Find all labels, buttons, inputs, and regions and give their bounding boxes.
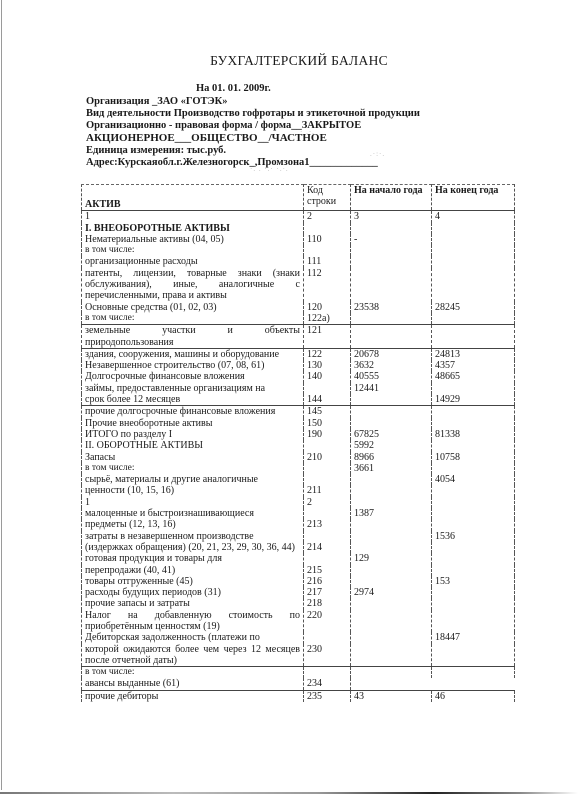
row-start-value — [351, 245, 432, 256]
row-start-value: 3661 — [351, 463, 432, 474]
table-row: прочие запасы и затраты218 — [82, 598, 515, 609]
colnum-1: 1 — [82, 211, 304, 223]
row-code: 230 — [304, 644, 351, 667]
column-number-row: 1 2 3 4 — [82, 211, 515, 223]
table-row: Прочие внеоборотные активы150 — [82, 418, 515, 429]
row-start-value — [351, 497, 432, 508]
row-end-value — [432, 553, 515, 564]
row-label: предметы (12, 13, 16) — [82, 519, 304, 530]
row-code — [304, 223, 351, 234]
row-label: 1 — [82, 497, 304, 508]
row-code: 110 — [304, 234, 351, 245]
row-code: 234 — [304, 678, 351, 690]
scan-noise: · .·. — [300, 128, 315, 136]
row-code: 210 — [304, 452, 351, 463]
row-label: прочие долгосрочные финансовые вложения — [82, 406, 304, 418]
legal-form-continued: АКЦИОНЕРНОЕ___ОБЩЕСТВО__/ЧАСТНОЕ — [86, 132, 327, 144]
row-code — [304, 531, 351, 542]
table-row: земельные участки и объекты природопольз… — [82, 325, 515, 349]
table-row: патенты, лицензии, товарные знаки (знаки… — [82, 268, 515, 302]
row-end-value: 153 — [432, 576, 515, 587]
row-label: прочие дебиторы — [82, 690, 304, 702]
row-code — [304, 632, 351, 643]
row-code: 112 — [304, 268, 351, 302]
row-start-value — [351, 394, 432, 406]
row-code: 144 — [304, 394, 351, 406]
address-line: Адрес:Курскаяобл.г.Железногорск_,Промзон… — [86, 157, 378, 169]
row-code — [304, 553, 351, 564]
table-row: Налог на добавленную стоимость по приобр… — [82, 610, 515, 633]
table-row: товары отгруженные (45)216153 — [82, 576, 515, 587]
row-start-value — [351, 223, 432, 234]
row-label: организационные расходы — [82, 256, 304, 267]
row-start-value — [351, 313, 432, 325]
row-start-value: 1387 — [351, 508, 432, 519]
row-start-value: 8966 — [351, 452, 432, 463]
row-label: сырьё, материалы и другие аналогичные — [82, 474, 304, 485]
row-start-value — [351, 268, 432, 302]
row-label: Прочие внеоборотные активы — [82, 418, 304, 429]
row-code: 211 — [304, 485, 351, 496]
table-row: предметы (12, 13, 16)213 — [82, 519, 515, 530]
row-code: 220 — [304, 610, 351, 633]
table-row: прочие дебиторы2354346 — [82, 690, 515, 702]
row-code — [304, 667, 351, 679]
row-label: срок более 12 месяцев — [82, 394, 304, 406]
table-row: малоценные и быстроизнашивающиеся1387 — [82, 508, 515, 519]
row-label: патенты, лицензии, товарные знаки (знаки… — [82, 268, 304, 302]
row-end-value: 4357 — [432, 360, 515, 371]
row-start-value — [351, 406, 432, 418]
row-end-value: 10758 — [432, 452, 515, 463]
row-start-value — [351, 667, 432, 679]
row-label: Запасы — [82, 452, 304, 463]
row-end-value: 28245 — [432, 302, 515, 313]
row-label: авансы выданные (61) — [82, 678, 304, 690]
row-end-value — [432, 508, 515, 519]
row-code: 214 — [304, 542, 351, 553]
row-code: 218 — [304, 598, 351, 609]
row-end-value — [432, 667, 515, 679]
header-end: На конец года — [432, 185, 515, 211]
row-end-value: 24813 — [432, 348, 515, 360]
colnum-2: 2 — [304, 211, 351, 223]
row-end-value — [432, 223, 515, 234]
row-start-value — [351, 256, 432, 267]
row-start-value: 67825 — [351, 429, 432, 440]
row-label: ценности (10, 15, 16) — [82, 485, 304, 496]
scan-edge — [0, 792, 578, 794]
row-start-value: 23538 — [351, 302, 432, 313]
row-label: ИТОГО по разделу I — [82, 429, 304, 440]
row-start-value — [351, 474, 432, 485]
row-code: 2 — [304, 497, 351, 508]
scan-noise: .·:·. — [370, 150, 385, 158]
row-label: затраты в незавершенном производстве — [82, 531, 304, 542]
table-row: в том числе:3661 — [82, 463, 515, 474]
row-code — [304, 463, 351, 474]
table-row: сырьё, материалы и другие аналогичные405… — [82, 474, 515, 485]
row-label: Долгосрочные финансовые вложения — [82, 371, 304, 382]
row-end-value: 4054 — [432, 474, 515, 485]
row-start-value — [351, 644, 432, 667]
row-end-value: 1536 — [432, 531, 515, 542]
row-end-value — [432, 644, 515, 667]
organization-line: Организация _ЗАО «ГОТЭК» — [86, 96, 227, 108]
table-row: затраты в незавершенном производстве1536 — [82, 531, 515, 542]
row-start-value: 129 — [351, 553, 432, 564]
row-code: 122а) — [304, 313, 351, 325]
row-code — [304, 245, 351, 256]
row-code — [304, 440, 351, 451]
table-row: Незавершенное строительство (07, 08, 61)… — [82, 360, 515, 371]
row-end-value — [432, 485, 515, 496]
row-label: II. ОБОРОТНЫЕ АКТИВЫ — [82, 440, 304, 451]
row-end-value — [432, 256, 515, 267]
table-row: прочие долгосрочные финансовые вложения1… — [82, 406, 515, 418]
row-label: займы, предоставленные организациям на — [82, 383, 304, 394]
row-start-value — [351, 632, 432, 643]
row-label: Основные средства (01, 02, 03) — [82, 302, 304, 313]
row-end-value — [432, 587, 515, 598]
scan-noise: ·. . ·.· ·.·. — [250, 165, 289, 173]
row-start-value: 40555 — [351, 371, 432, 382]
row-label: Налог на добавленную стоимость по приобр… — [82, 610, 304, 633]
table-row: Основные средства (01, 02, 03)1202353828… — [82, 302, 515, 313]
row-start-value: 2974 — [351, 587, 432, 598]
table-row: ИТОГО по разделу I1906782581338 — [82, 429, 515, 440]
table-row: расходы будущих периодов (31)2172974 — [82, 587, 515, 598]
table-row: готовая продукция и товары для129 — [82, 553, 515, 564]
scan-edge — [1, 0, 2, 790]
row-start-value: 3632 — [351, 360, 432, 371]
row-start-value — [351, 565, 432, 576]
row-label: здания, сооружения, машины и оборудовани… — [82, 348, 304, 360]
document-title: БУХГАЛТЕРСКИЙ БАЛАНС — [0, 53, 578, 69]
row-code: 120 — [304, 302, 351, 313]
row-code: 111 — [304, 256, 351, 267]
row-label: малоценные и быстроизнашивающиеся — [82, 508, 304, 519]
row-start-value: 43 — [351, 690, 432, 702]
row-code: 122 — [304, 348, 351, 360]
table-row: 12 — [82, 497, 515, 508]
row-start-value: - — [351, 234, 432, 245]
row-end-value: 48665 — [432, 371, 515, 382]
row-code — [304, 508, 351, 519]
table-header-row: АКТИВ Код строки На начало года На конец… — [82, 185, 515, 211]
table-row: займы, предоставленные организациям на12… — [82, 383, 515, 394]
row-end-value: 81338 — [432, 429, 515, 440]
row-start-value — [351, 598, 432, 609]
row-label: Незавершенное строительство (07, 08, 61) — [82, 360, 304, 371]
row-end-value — [432, 234, 515, 245]
row-label: (издержках обращения) (20, 21, 23, 29, 3… — [82, 542, 304, 553]
row-label: в том числе: — [82, 313, 304, 325]
row-code: 190 — [304, 429, 351, 440]
table-row: в том числе:122а) — [82, 313, 515, 325]
row-code: 213 — [304, 519, 351, 530]
row-code: 217 — [304, 587, 351, 598]
row-end-value — [432, 463, 515, 474]
table-row: организационные расходы111 — [82, 256, 515, 267]
row-end-value: 46 — [432, 690, 515, 702]
row-label: прочие запасы и затраты — [82, 598, 304, 609]
row-start-value — [351, 610, 432, 633]
row-label: расходы будущих периодов (31) — [82, 587, 304, 598]
row-end-value — [432, 542, 515, 553]
row-code: 140 — [304, 371, 351, 382]
table-row: Дебиторская задолженность (платежи по184… — [82, 632, 515, 643]
row-label: I. ВНЕОБОРОТНЫЕ АКТИВЫ — [82, 223, 304, 234]
row-start-value: 20678 — [351, 348, 432, 360]
row-start-value — [351, 678, 432, 690]
table-row: авансы выданные (61)234 — [82, 678, 515, 690]
header-asset: АКТИВ — [82, 185, 304, 211]
row-start-value — [351, 531, 432, 542]
row-end-value — [432, 383, 515, 394]
report-date: На 01. 01. 2009г. — [196, 83, 271, 94]
table-row: Долгосрочные финансовые вложения14040555… — [82, 371, 515, 382]
row-end-value: 18447 — [432, 632, 515, 643]
row-end-value — [432, 313, 515, 325]
row-label: товары отгруженные (45) — [82, 576, 304, 587]
row-end-value — [432, 245, 515, 256]
row-start-value: 5992 — [351, 440, 432, 451]
row-code: 216 — [304, 576, 351, 587]
row-code — [304, 474, 351, 485]
row-label: Дебиторская задолженность (платежи по — [82, 632, 304, 643]
header-start: На начало года — [351, 185, 432, 211]
table-row: Запасы210896610758 — [82, 452, 515, 463]
row-start-value: 12441 — [351, 383, 432, 394]
row-end-value — [432, 565, 515, 576]
colnum-4: 4 — [432, 211, 515, 223]
table-row: (издержках обращения) (20, 21, 23, 29, 3… — [82, 542, 515, 553]
table-row: срок более 12 месяцев14414929 — [82, 394, 515, 406]
row-start-value — [351, 519, 432, 530]
row-code: 145 — [304, 406, 351, 418]
row-end-value — [432, 678, 515, 690]
row-label: перепродажи (40, 41) — [82, 565, 304, 576]
row-code: 215 — [304, 565, 351, 576]
row-end-value — [432, 519, 515, 530]
row-label: готовая продукция и товары для — [82, 553, 304, 564]
unit-line: Единица измерения: тыс.руб. — [86, 145, 226, 157]
row-label: которой ожидаются более чем через 12 мес… — [82, 644, 304, 667]
legal-form-line: Организационно - правовая форма / форма_… — [86, 120, 361, 132]
row-end-value — [432, 418, 515, 429]
row-label: в том числе: — [82, 667, 304, 679]
row-end-value — [432, 598, 515, 609]
table-row: ценности (10, 15, 16)211 — [82, 485, 515, 496]
row-label: земельные участки и объекты природопольз… — [82, 325, 304, 349]
row-start-value — [351, 418, 432, 429]
table-row: I. ВНЕОБОРОТНЫЕ АКТИВЫ — [82, 223, 515, 234]
table-row: Нематериальные активы (04, 05)110- — [82, 234, 515, 245]
row-code: 130 — [304, 360, 351, 371]
activity-line: Вид деятельности Производство гофротары … — [86, 108, 420, 120]
row-start-value — [351, 325, 432, 349]
table-row: здания, сооружения, машины и оборудовани… — [82, 348, 515, 360]
row-end-value: 14929 — [432, 394, 515, 406]
row-end-value — [432, 406, 515, 418]
row-start-value — [351, 576, 432, 587]
table-row: которой ожидаются более чем через 12 мес… — [82, 644, 515, 667]
row-code: 235 — [304, 690, 351, 702]
header-code: Код строки — [304, 185, 351, 211]
row-label: в том числе: — [82, 245, 304, 256]
row-start-value — [351, 485, 432, 496]
table-row: в том числе: — [82, 667, 515, 679]
row-end-value — [432, 268, 515, 302]
row-code: 150 — [304, 418, 351, 429]
row-code — [304, 383, 351, 394]
colnum-3: 3 — [351, 211, 432, 223]
row-end-value — [432, 497, 515, 508]
row-end-value — [432, 610, 515, 633]
row-label: в том числе: — [82, 463, 304, 474]
table-row: перепродажи (40, 41)215 — [82, 565, 515, 576]
row-label: Нематериальные активы (04, 05) — [82, 234, 304, 245]
row-end-value — [432, 440, 515, 451]
table-row: II. ОБОРОТНЫЕ АКТИВЫ5992 — [82, 440, 515, 451]
row-start-value — [351, 542, 432, 553]
row-end-value — [432, 325, 515, 349]
balance-table: АКТИВ Код строки На начало года На конец… — [81, 184, 515, 702]
table-row: в том числе: — [82, 245, 515, 256]
row-code: 121 — [304, 325, 351, 349]
